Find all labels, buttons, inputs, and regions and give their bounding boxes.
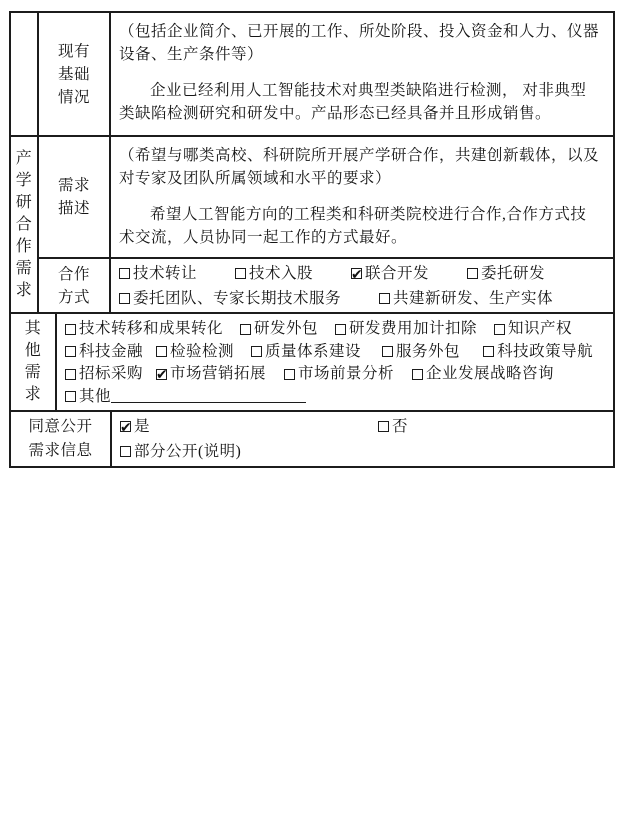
checkbox-icon (412, 369, 423, 380)
cooperation-mode-row: 合作方式 技术转让 技术入股 联合开发 (39, 257, 613, 312)
cooperation-mode-line1: 技术转让 技术入股 联合开发 委托研发 (119, 261, 607, 286)
checkbox-icon (240, 324, 251, 335)
existing-basis-answer-line: 类缺陷检测研究和研发中。产品形态已经具备并且形成销售。 (119, 102, 607, 125)
demand-answer-line: 术交流，人员协同一起工作的方式最好。 (119, 226, 607, 249)
checkbox-option-rd-outsourcing[interactable]: 研发外包 (240, 318, 318, 341)
demand-hint-line: 对专家及团队所属领域和水平的要求） (119, 167, 607, 190)
checkbox-option-partial-disclosure[interactable]: 部分公开(说明) (120, 439, 241, 464)
other-needs-label-cell: 其他需求 (11, 314, 57, 410)
checkbox-icon (65, 324, 76, 335)
checkbox-option-inspection-testing[interactable]: 检验检测 (156, 341, 234, 364)
checkbox-icon (65, 391, 76, 402)
checkbox-label: 市场营销拓展 (170, 363, 266, 386)
other-fill-in-blank[interactable] (111, 390, 306, 403)
checkbox-option-intellectual-property[interactable]: 知识产权 (494, 318, 572, 341)
checkbox-label: 其他 (79, 386, 111, 409)
checkbox-option-bidding-procurement[interactable]: 招标采购 (65, 363, 143, 386)
checkbox-option-no[interactable]: 否 (378, 414, 408, 439)
checkbox-option-marketing-expansion[interactable]: 市场营销拓展 (156, 363, 266, 386)
checkbox-option-development-strategy-consulting[interactable]: 企业发展战略咨询 (412, 363, 554, 386)
iur-section-label: 产学研合作需求 (16, 148, 33, 302)
checkbox-label: 部分公开(说明) (134, 439, 241, 464)
checkbox-icon (65, 346, 76, 357)
checkbox-option-service-outsourcing[interactable]: 服务外包 (382, 341, 460, 364)
other-needs-label: 其他需求 (25, 318, 42, 406)
checkbox-icon (119, 293, 130, 304)
cooperation-needs-form-table: 现有基础情况 （包括企业简介、已开展的工作、所处阶段、投入资金和人力、仪器 设备… (9, 11, 615, 468)
checkbox-label: 技术转移和成果转化 (79, 318, 223, 341)
demand-description-label: 需求描述 (57, 174, 91, 220)
checkbox-icon (335, 324, 346, 335)
page: { "page": { "background": "#ffffff", "bo… (0, 0, 624, 827)
publicity-consent-label: 同意公开需求信息 (29, 415, 93, 463)
checkbox-icon (235, 268, 246, 279)
demand-description-row: 需求描述 （希望与哪类高校、科研院所开展产学研合作，共建创新载体，以及 对专家及… (39, 137, 613, 257)
checkbox-icon (156, 369, 167, 380)
existing-basis-hint-line: （包括企业简介、已开展的工作、所处阶段、投入资金和人力、仪器 (119, 20, 607, 43)
checkbox-icon (494, 324, 505, 335)
iur-section-label-cell: 产学研合作需求 (11, 137, 39, 312)
other-needs-line4: 其他 (65, 386, 607, 409)
checkbox-option-longterm-tech-service[interactable]: 委托团队、专家长期技术服务 (119, 286, 341, 311)
checkbox-option-market-prospect-analysis[interactable]: 市场前景分析 (284, 363, 394, 386)
other-needs-line1: 技术转移和成果转化 研发外包 研发费用加计扣除 知识产权 (65, 318, 607, 341)
checkbox-icon (65, 369, 76, 380)
iur-section: 产学研合作需求 需求描述 （希望与哪类高校、科研院所开展产学研合作，共建创新载体… (11, 135, 613, 312)
checkbox-label: 研发费用加计扣除 (349, 318, 477, 341)
checkbox-label: 是 (134, 414, 150, 439)
checkbox-icon (382, 346, 393, 357)
checkbox-option-tech-transfer-achievements[interactable]: 技术转移和成果转化 (65, 318, 223, 341)
checkbox-icon (379, 293, 390, 304)
checkbox-label: 市场前景分析 (298, 363, 394, 386)
checkbox-label: 共建新研发、生产实体 (393, 286, 553, 311)
demand-description-content-cell: （希望与哪类高校、科研院所开展产学研合作，共建创新载体，以及 对专家及团队所属领… (111, 137, 613, 257)
publicity-line1: 是 否 (120, 414, 607, 439)
checkbox-option-commissioned-rd[interactable]: 委托研发 (467, 261, 545, 286)
checkbox-label: 研发外包 (254, 318, 318, 341)
checkbox-label: 联合开发 (365, 261, 429, 286)
checkbox-icon (120, 421, 131, 432)
cooperation-mode-content-cell: 技术转让 技术入股 联合开发 委托研发 (111, 259, 613, 312)
checkbox-option-tech-transfer[interactable]: 技术转让 (119, 261, 197, 286)
checkbox-icon (467, 268, 478, 279)
cooperation-mode-line2: 委托团队、专家长期技术服务 共建新研发、生产实体 (119, 286, 607, 311)
checkbox-option-joint-development[interactable]: 联合开发 (351, 261, 429, 286)
checkbox-option-new-rd-entity[interactable]: 共建新研发、生产实体 (379, 286, 553, 311)
checkbox-label: 招标采购 (79, 363, 143, 386)
checkbox-option-rd-expense-deduction[interactable]: 研发费用加计扣除 (335, 318, 477, 341)
checkbox-option-tech-equity[interactable]: 技术入股 (235, 261, 313, 286)
checkbox-icon (284, 369, 295, 380)
demand-hint-line: （希望与哪类高校、科研院所开展产学研合作，共建创新载体，以及 (119, 144, 607, 167)
publicity-consent-row: 同意公开需求信息 是 否 部分公开(说明) (11, 410, 613, 466)
checkbox-icon (483, 346, 494, 357)
checkbox-label: 企业发展战略咨询 (426, 363, 554, 386)
other-needs-content-cell: 技术转移和成果转化 研发外包 研发费用加计扣除 知识产权 科 (57, 314, 613, 410)
checkbox-option-yes[interactable]: 是 (120, 414, 150, 439)
checkbox-label: 质量体系建设 (265, 341, 361, 364)
cooperation-mode-label: 合作方式 (57, 263, 91, 309)
checkbox-label: 服务外包 (396, 341, 460, 364)
checkbox-icon (351, 268, 362, 279)
blank-line (119, 190, 607, 203)
checkbox-label: 科技金融 (79, 341, 143, 364)
other-needs-line2: 科技金融 检验检测 质量体系建设 服务外包 科技政策导航 (65, 341, 607, 364)
existing-basis-answer-line: 企业已经利用人工智能技术对典型类缺陷进行检测， 对非典型 (119, 79, 607, 102)
other-needs-row: 其他需求 技术转移和成果转化 研发外包 研发费用加计扣除 知识产权 (11, 312, 613, 410)
existing-basis-row: 现有基础情况 （包括企业简介、已开展的工作、所处阶段、投入资金和人力、仪器 设备… (11, 13, 613, 135)
checkbox-label: 知识产权 (508, 318, 572, 341)
checkbox-icon (251, 346, 262, 357)
checkbox-icon (120, 446, 131, 457)
cooperation-mode-label-cell: 合作方式 (39, 259, 111, 312)
checkbox-option-tech-finance[interactable]: 科技金融 (65, 341, 143, 364)
checkbox-option-tech-policy-guidance[interactable]: 科技政策导航 (483, 341, 593, 364)
existing-basis-content-cell: （包括企业简介、已开展的工作、所处阶段、投入资金和人力、仪器 设备、生产条件等）… (111, 13, 613, 135)
checkbox-icon (156, 346, 167, 357)
existing-basis-label-cell: 现有基础情况 (39, 13, 111, 135)
checkbox-label: 科技政策导航 (497, 341, 593, 364)
existing-basis-empty-cell (11, 13, 39, 135)
demand-answer-line: 希望人工智能方向的工程类和科研类院校进行合作,合作方式技 (119, 203, 607, 226)
iur-section-body: 需求描述 （希望与哪类高校、科研院所开展产学研合作，共建创新载体，以及 对专家及… (39, 137, 613, 312)
checkbox-icon (378, 421, 389, 432)
blank-line (119, 66, 607, 79)
checkbox-label: 技术转让 (133, 261, 197, 286)
existing-basis-hint-line: 设备、生产条件等） (119, 43, 607, 66)
demand-description-label-cell: 需求描述 (39, 137, 111, 257)
publicity-line2: 部分公开(说明) (120, 439, 607, 464)
checkbox-label: 委托团队、专家长期技术服务 (133, 286, 341, 311)
checkbox-label: 否 (392, 414, 408, 439)
checkbox-label: 委托研发 (481, 261, 545, 286)
publicity-consent-label-cell: 同意公开需求信息 (11, 412, 112, 466)
other-needs-line3: 招标采购 市场营销拓展 市场前景分析 企业发展战略咨询 (65, 363, 607, 386)
checkbox-icon (119, 268, 130, 279)
existing-basis-label: 现有基础情况 (57, 40, 91, 109)
publicity-consent-content-cell: 是 否 部分公开(说明) (112, 412, 613, 466)
checkbox-label: 检验检测 (170, 341, 234, 364)
checkbox-label: 技术入股 (249, 261, 313, 286)
checkbox-option-quality-system[interactable]: 质量体系建设 (251, 341, 361, 364)
checkbox-option-other[interactable]: 其他 (65, 386, 111, 409)
